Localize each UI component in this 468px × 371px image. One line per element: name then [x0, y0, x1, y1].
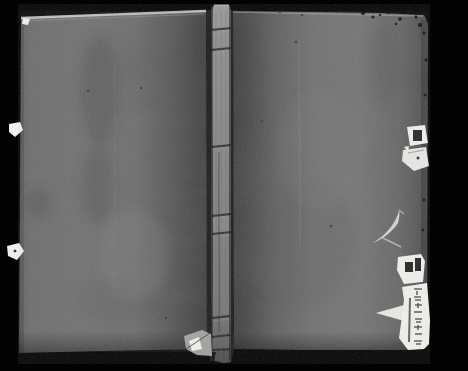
chip-left-speck	[14, 250, 17, 253]
scanned-book-photo	[0, 0, 468, 371]
film-grain-overlay	[18, 4, 430, 364]
book-scan-image	[0, 0, 468, 371]
